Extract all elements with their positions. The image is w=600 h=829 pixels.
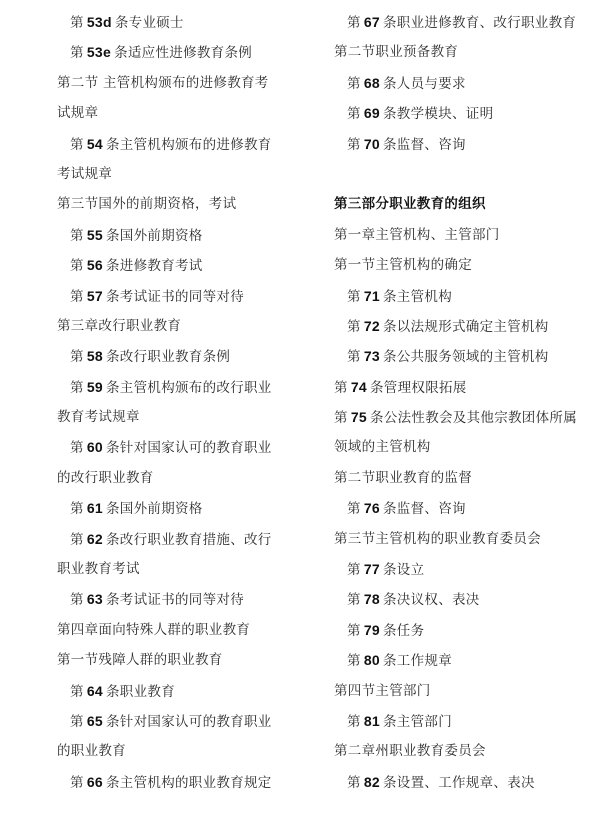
article-title: 条公法性教会及其他宗教团体所属 [370, 410, 577, 426]
article-title: 条改行职业教育措施、改行 [106, 532, 272, 548]
article-prefix: 第 [334, 380, 348, 396]
article-number: 76 [364, 500, 380, 516]
toc-article: 第82条设置、工作规章、表决 [334, 767, 600, 797]
toc-heading: 考试规章 [57, 159, 327, 189]
article-number: 77 [364, 561, 380, 577]
article-prefix: 第 [347, 137, 361, 153]
article-prefix: 第 [70, 440, 84, 456]
toc-heading: 第三节主管机构的职业教育委员会 [334, 524, 600, 554]
article-prefix: 第 [70, 258, 84, 274]
article-title: 条设立 [383, 562, 424, 578]
article-number: 80 [364, 652, 380, 668]
toc-article: 第61条国外前期资格 [57, 493, 327, 523]
toc-article: 第76条监督、咨询 [334, 493, 600, 523]
article-title: 条设置、工作规章、表决 [383, 775, 535, 791]
article-prefix: 第 [70, 775, 84, 791]
article-prefix: 第 [70, 714, 84, 730]
article-prefix: 第 [70, 137, 84, 153]
article-number: 61 [87, 500, 103, 516]
article-prefix: 第 [347, 653, 361, 669]
toc-article: 第64条职业教育 [57, 676, 327, 706]
article-title: 条职业教育 [106, 684, 175, 700]
article-prefix: 第 [334, 410, 348, 426]
toc-heading: 第一节残障人群的职业教育 [57, 645, 327, 675]
article-title: 条教学模块、证明 [383, 106, 493, 122]
toc-heading: 的职业教育 [57, 736, 327, 766]
article-number: 55 [87, 227, 103, 243]
article-number: 75 [351, 409, 367, 425]
article-title: 条主管部门 [383, 714, 452, 730]
article-prefix: 第 [70, 501, 84, 517]
article-title: 条进修教育考试 [106, 258, 203, 274]
article-number: 53d [87, 14, 112, 30]
article-title: 条适应性进修教育条例 [114, 45, 252, 61]
blank-line [334, 159, 600, 189]
article-prefix: 第 [347, 106, 361, 122]
article-number: 62 [87, 531, 103, 547]
toc-article: 第81条主管部门 [334, 706, 600, 736]
article-prefix: 第 [347, 562, 361, 578]
toc-article: 第79条任务 [334, 615, 600, 645]
toc-heading: 第二节职业教育的监督 [334, 463, 600, 493]
toc-article: 第57条考试证书的同等对待 [57, 281, 327, 311]
article-title: 条监督、咨询 [383, 501, 466, 517]
article-prefix: 第 [70, 289, 84, 305]
article-number: 67 [364, 14, 380, 30]
article-title: 条国外前期资格 [106, 228, 203, 244]
article-number: 68 [364, 75, 380, 91]
toc-heading: 第三节国外的前期资格，考试 [57, 189, 327, 219]
article-prefix: 第 [347, 76, 361, 92]
article-prefix: 第 [70, 532, 84, 548]
article-number: 58 [87, 348, 103, 364]
article-prefix: 第 [347, 775, 361, 791]
article-prefix: 第 [70, 228, 84, 244]
article-title: 条任务 [383, 623, 424, 639]
article-prefix: 第 [347, 714, 361, 730]
article-prefix: 第 [347, 501, 361, 517]
toc-article: 第53e条适应性进修教育条例 [57, 37, 327, 67]
article-number: 63 [87, 591, 103, 607]
toc-left-column: 第53d条专业硕士第53e条适应性进修教育条例第二节 主管机构颁布的进修教育考试… [57, 7, 327, 797]
toc-article: 第65条针对国家认可的教育职业 [57, 706, 327, 736]
article-prefix: 第 [70, 349, 84, 365]
toc-article: 第73条公共服务领域的主管机构 [334, 341, 600, 371]
toc-heading: 职业教育考试 [57, 554, 327, 584]
document-page: 第53d条专业硕士第53e条适应性进修教育条例第二节 主管机构颁布的进修教育考试… [0, 0, 600, 829]
article-title: 条考试证书的同等对待 [106, 289, 244, 305]
article-title: 条改行职业教育条例 [106, 349, 230, 365]
article-prefix: 第 [70, 380, 84, 396]
toc-article: 第63条考试证书的同等对待 [57, 584, 327, 614]
article-title: 条人员与要求 [383, 76, 466, 92]
article-number: 73 [364, 348, 380, 364]
toc-article: 第53d条专业硕士 [57, 7, 327, 37]
article-number: 64 [87, 683, 103, 699]
article-number: 65 [87, 713, 103, 729]
toc-heading: 第一章主管机构、主管部门 [334, 220, 600, 250]
toc-heading: 第二节 主管机构颁布的进修教育考 [57, 68, 327, 98]
toc-article: 第54条主管机构颁布的进修教育 [57, 129, 327, 159]
article-number: 57 [87, 288, 103, 304]
article-prefix: 第 [70, 15, 84, 31]
toc-article: 第74条管理权限拓展 [334, 372, 600, 402]
article-title: 条主管机构 [383, 289, 452, 305]
toc-article: 第78条决议权、表决 [334, 584, 600, 614]
article-title: 条主管机构的职业教育规定 [106, 775, 272, 791]
toc-heading: 第四节主管部门 [334, 676, 600, 706]
article-number: 66 [87, 774, 103, 790]
article-title: 条以法规形式确定主管机构 [383, 319, 549, 335]
toc-article: 第55条国外前期资格 [57, 220, 327, 250]
article-title: 条主管机构颁布的改行职业 [106, 380, 272, 396]
article-prefix: 第 [70, 592, 84, 608]
toc-heading: 领域的主管机构 [334, 432, 600, 462]
toc-article: 第62条改行职业教育措施、改行 [57, 524, 327, 554]
toc-article: 第72条以法规形式确定主管机构 [334, 311, 600, 341]
article-title: 条职业进修教育、改行职业教育 [383, 15, 576, 31]
article-title: 条工作规章 [383, 653, 452, 669]
article-title: 条考试证书的同等对待 [106, 592, 244, 608]
article-prefix: 第 [347, 319, 361, 335]
toc-article: 第66条主管机构的职业教育规定 [57, 767, 327, 797]
toc-heading: 教育考试规章 [57, 402, 327, 432]
article-title: 条针对国家认可的教育职业 [106, 714, 272, 730]
toc-heading: 的改行职业教育 [57, 463, 327, 493]
toc-article: 第75条公法性教会及其他宗教团体所属 [334, 402, 600, 432]
article-number: 54 [87, 136, 103, 152]
article-number: 56 [87, 257, 103, 273]
toc-right-column: 第67条职业进修教育、改行职业教育第二节职业预备教育第68条人员与要求第69条教… [334, 7, 600, 797]
article-prefix: 第 [70, 45, 84, 61]
article-number: 71 [364, 288, 380, 304]
toc-article: 第69条教学模块、证明 [334, 98, 600, 128]
toc-article: 第58条改行职业教育条例 [57, 341, 327, 371]
article-title: 条监督、咨询 [383, 137, 466, 153]
article-number: 60 [87, 439, 103, 455]
toc-article: 第59条主管机构颁布的改行职业 [57, 372, 327, 402]
toc-heading: 试规章 [57, 98, 327, 128]
article-number: 82 [364, 774, 380, 790]
article-title: 条决议权、表决 [383, 592, 480, 608]
article-title: 条管理权限拓展 [370, 380, 467, 396]
toc-article: 第77条设立 [334, 554, 600, 584]
article-prefix: 第 [347, 15, 361, 31]
toc-heading: 第四章面向特殊人群的职业教育 [57, 615, 327, 645]
article-number: 53e [87, 44, 111, 60]
toc-part-heading: 第三部分职业教育的组织 [334, 189, 600, 219]
article-number: 78 [364, 591, 380, 607]
article-number: 59 [87, 379, 103, 395]
article-number: 79 [364, 622, 380, 638]
article-title: 条公共服务领域的主管机构 [383, 349, 549, 365]
toc-heading: 第三章改行职业教育 [57, 311, 327, 341]
article-title: 条主管机构颁布的进修教育 [106, 137, 272, 153]
article-prefix: 第 [347, 623, 361, 639]
article-prefix: 第 [70, 684, 84, 700]
article-title: 条专业硕士 [115, 15, 184, 31]
article-prefix: 第 [347, 289, 361, 305]
toc-heading: 第一节主管机构的确定 [334, 250, 600, 280]
article-prefix: 第 [347, 592, 361, 608]
article-number: 74 [351, 379, 367, 395]
article-number: 70 [364, 136, 380, 152]
toc-article: 第70条监督、咨询 [334, 129, 600, 159]
toc-article: 第71条主管机构 [334, 281, 600, 311]
toc-article: 第80条工作规章 [334, 645, 600, 675]
toc-article: 第68条人员与要求 [334, 68, 600, 98]
article-prefix: 第 [347, 349, 361, 365]
article-number: 69 [364, 105, 380, 121]
article-title: 条国外前期资格 [106, 501, 203, 517]
toc-heading: 第二章州职业教育委员会 [334, 736, 600, 766]
article-title: 条针对国家认可的教育职业 [106, 440, 272, 456]
article-number: 81 [364, 713, 380, 729]
toc-article: 第56条进修教育考试 [57, 250, 327, 280]
toc-article: 第67条职业进修教育、改行职业教育 [334, 7, 600, 37]
toc-heading: 第二节职业预备教育 [334, 37, 600, 67]
toc-article: 第60条针对国家认可的教育职业 [57, 432, 327, 462]
article-number: 72 [364, 318, 380, 334]
